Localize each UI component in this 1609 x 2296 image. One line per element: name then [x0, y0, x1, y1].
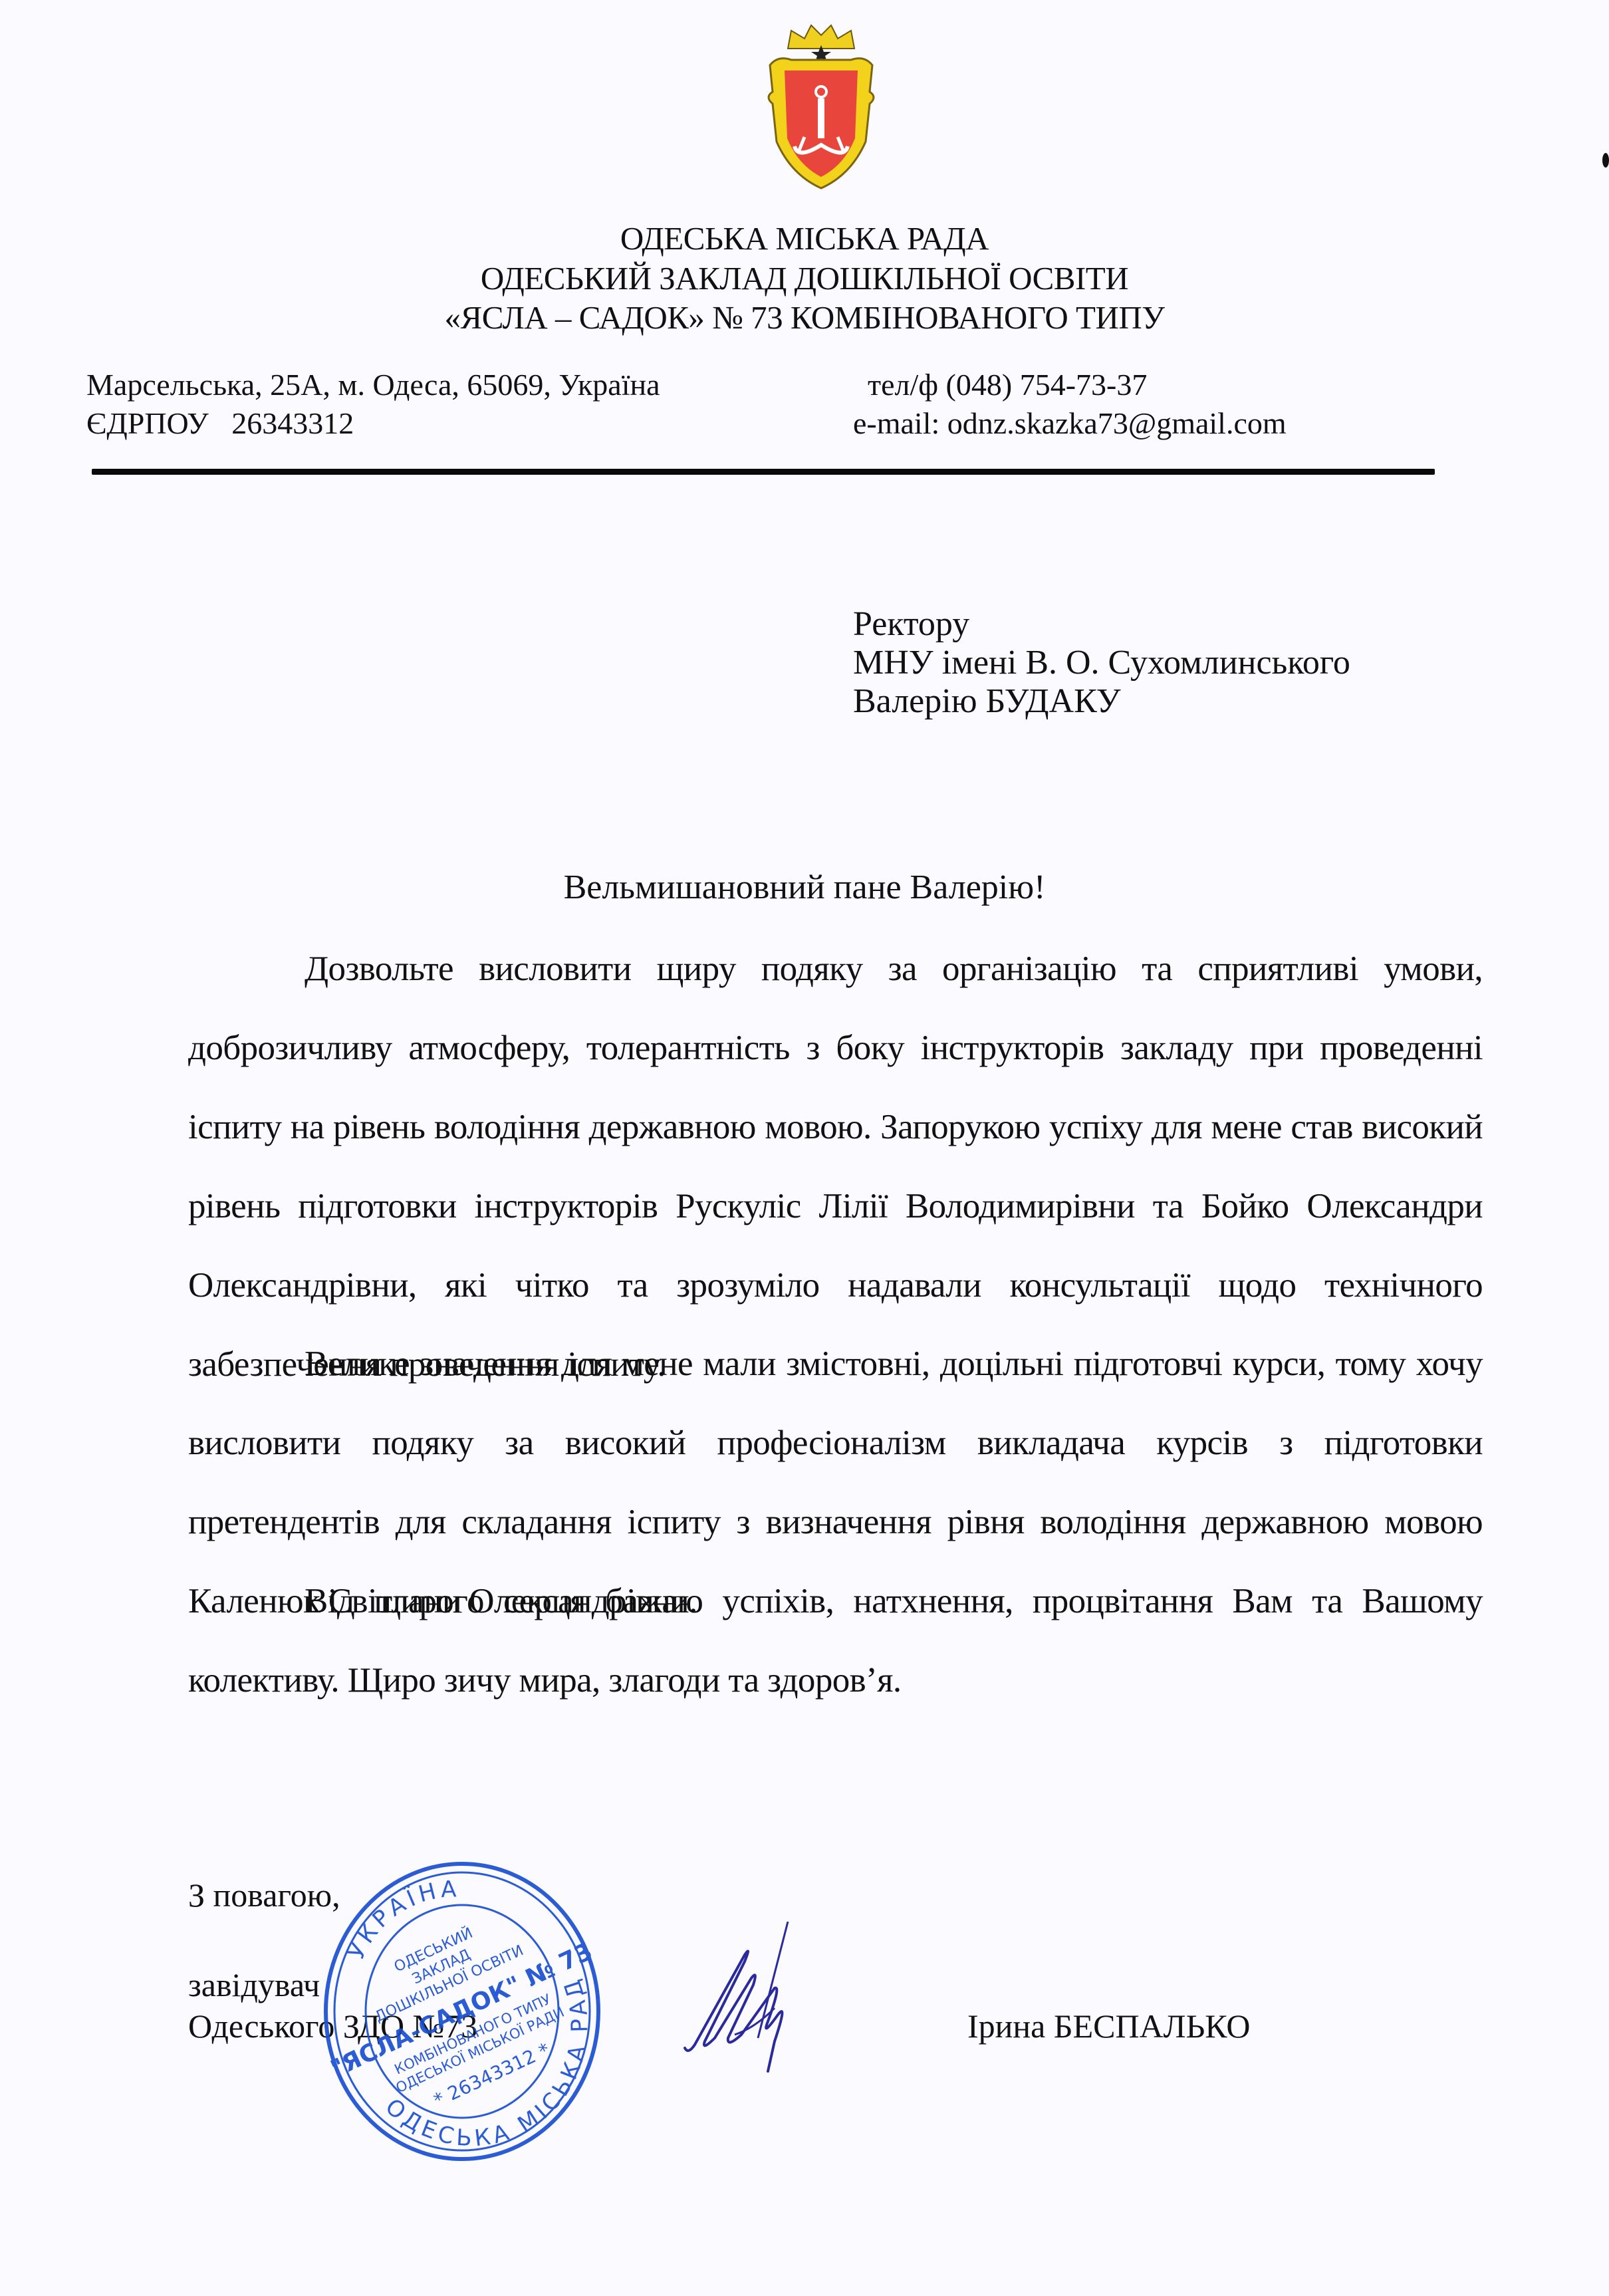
addressee-line: Валерію БУДАКУ	[853, 682, 1350, 721]
addressee-line: МНУ імені В. О. Сухомлинського	[853, 644, 1350, 682]
letterhead-divider	[92, 469, 1435, 475]
addressee-block: Ректору МНУ імені В. О. Сухомлинського В…	[853, 605, 1350, 721]
address: Марсельська, 25А, м. Одеса, 65069, Украї…	[86, 366, 660, 404]
org-line-3: «ЯСЛА – САДОК» № 73 КОМБІНОВАНОГО ТИПУ	[0, 299, 1609, 337]
handwritten-signature-icon	[675, 1922, 914, 2081]
contact-right: тел/ф (048) 754-73-37 e-mail: odnz.skazk…	[853, 366, 1287, 443]
scan-speck	[1602, 153, 1609, 168]
official-stamp-icon: УКРАЇНА ОДЕСЬКА МІСЬКА РАДА ОДЕСЬКИЙ ЗАК…	[316, 1855, 608, 2168]
phone: тел/ф (048) 754-73-37	[853, 366, 1287, 404]
signer-position: завідувач	[188, 1965, 320, 2005]
org-line-1: ОДЕСЬКА МІСЬКА РАДА	[0, 219, 1609, 258]
org-line-2: ОДЕСЬКИЙ ЗАКЛАД ДОШКІЛЬНОЇ ОСВІТИ	[0, 259, 1609, 298]
paragraph-text: Від щирого серця бажаю успіхів, натхненн…	[188, 1562, 1483, 1720]
salutation: Вельмишановний пане Валерію!	[0, 868, 1609, 907]
edrpou-code: ЄДРПОУ 26343312	[86, 404, 660, 443]
coat-of-arms-icon	[758, 19, 884, 191]
signer-name: Ірина БЕСПАЛЬКО	[967, 2006, 1251, 2046]
addressee-line: Ректору	[853, 605, 1350, 644]
paragraph-3: Від щирого серця бажаю успіхів, натхненн…	[188, 1562, 1483, 1720]
email: e-mail: odnz.skazka73@gmail.com	[853, 404, 1287, 443]
contact-left: Марсельська, 25А, м. Одеса, 65069, Украї…	[86, 366, 660, 443]
